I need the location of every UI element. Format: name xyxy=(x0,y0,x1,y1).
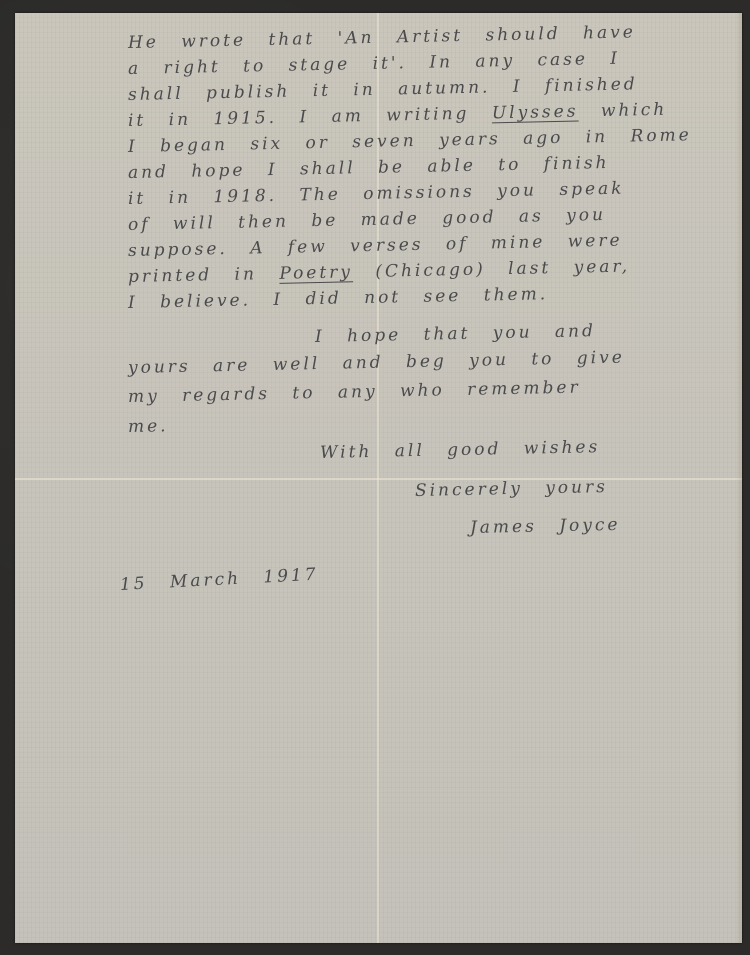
letter-line-1: He wrote that 'An Artist should have xyxy=(128,22,636,53)
letter-line-9: suppose. A few verses of mine were xyxy=(128,231,623,261)
letter-line-2: a right to stage it'. In any case I xyxy=(128,49,620,79)
letter-line-8: of will then be made good as you xyxy=(128,205,606,235)
letter-line-10-pre: printed in xyxy=(128,264,280,287)
valediction: Sincerely yours xyxy=(415,477,608,501)
letter-line-6: and hope I shall be able to finish xyxy=(128,153,610,183)
letter-line-14: my regards to any who remember xyxy=(128,378,581,407)
letter-line-11: I believe. I did not see them. xyxy=(128,284,549,313)
letter-line-10-post: (Chicago) last year, xyxy=(353,256,631,282)
letter-line-4-post: which xyxy=(578,100,667,122)
letter-line-12: I hope that you and xyxy=(315,321,596,347)
letter-line-4: it in 1915. I am writing Ulysses which xyxy=(128,100,668,131)
closing-phrase: With all good wishes xyxy=(320,437,601,463)
letter-line-15: me. xyxy=(128,416,169,437)
title-poetry: Poetry xyxy=(279,262,353,284)
signature: James Joyce xyxy=(470,515,621,538)
letter-line-10: printed in Poetry (Chicago) last year, xyxy=(128,256,631,287)
letter-line-3: shall publish it in autumn. I finished xyxy=(128,74,638,105)
letter-line-4-pre: it in 1915. I am writing xyxy=(128,103,492,131)
letter-page: He wrote that 'An Artist should have a r… xyxy=(15,13,742,943)
horizontal-fold-line xyxy=(15,478,742,480)
letter-date: 15 March 1917 xyxy=(119,565,319,595)
title-ulysses: Ulysses xyxy=(492,102,579,124)
